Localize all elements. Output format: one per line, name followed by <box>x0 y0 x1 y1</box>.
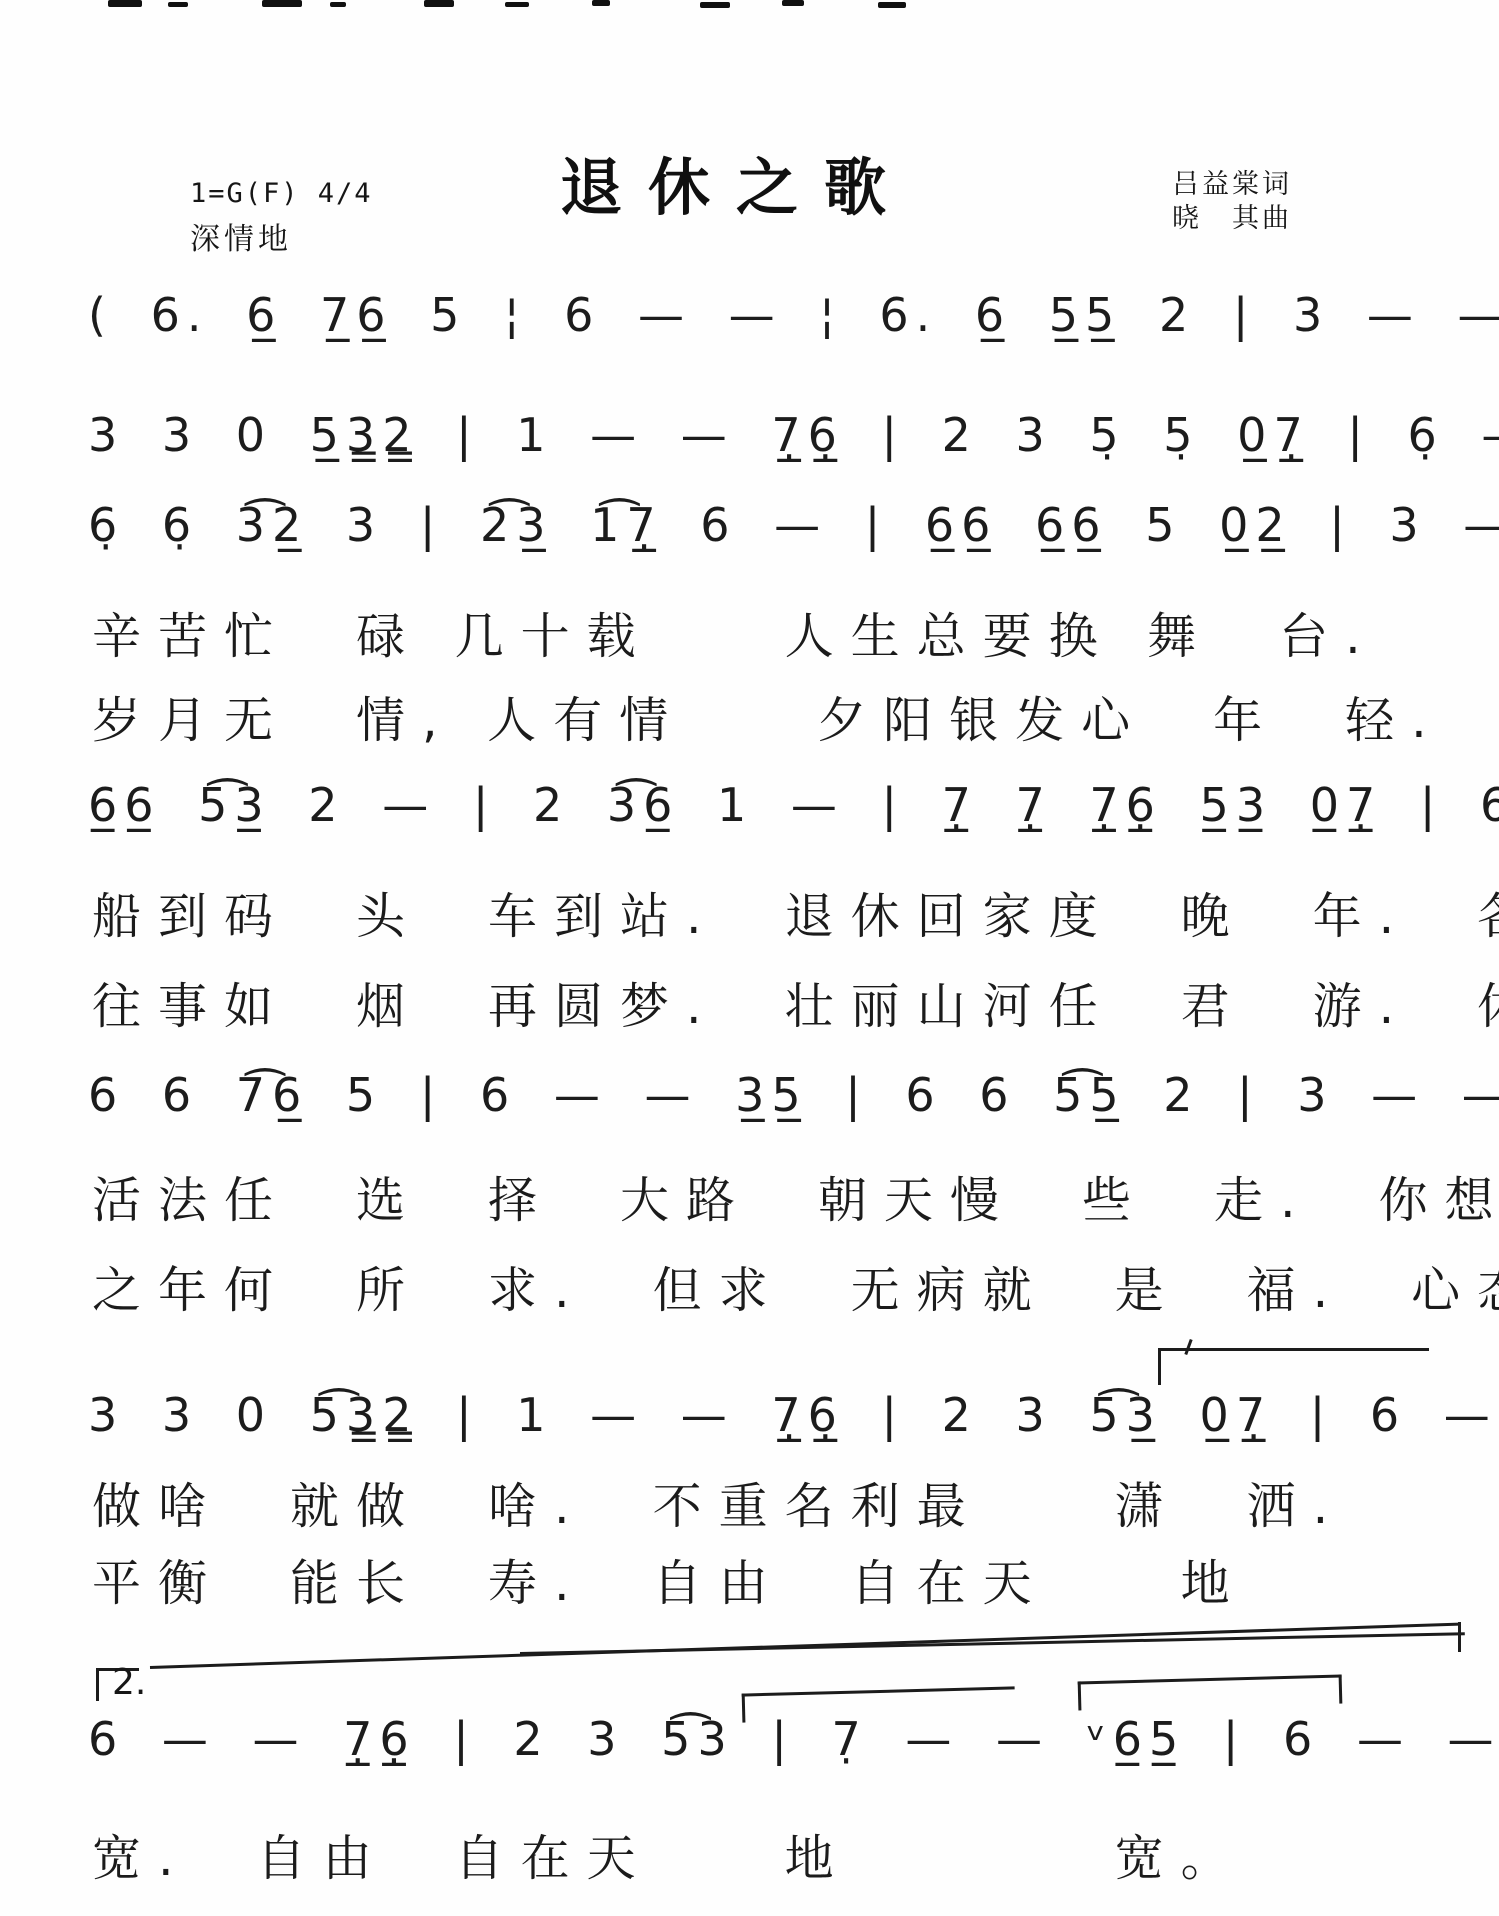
lyrics-line-7: 做啥 就做 啥. 不重名利最 潇 洒. <box>92 1468 1487 1538</box>
scan-artifact <box>108 0 142 7</box>
second-ending-label: 2. <box>112 1662 146 1703</box>
scan-artifact <box>424 0 454 7</box>
tempo-marking: 深情地 <box>190 214 292 258</box>
phrase-bracket-2 <box>1078 1675 1343 1711</box>
composer-credit: 晓 其曲 <box>1172 202 1292 236</box>
music-line-5: 6 6 7͡6̲ 5 | 6 — — 3̲5̲ | 6 6 5͡5̲ 2 | 3… <box>88 1068 1483 1122</box>
sheet-music-page: 1=G(F) 4/4 深情地 退休之歌 吕益棠词 晓 其曲 ( 6. 6̲ 7̲… <box>0 0 1499 1916</box>
lyrics-line-4: 往事如 烟 再圆梦. 壮丽山河任 君 游. 休闲 <box>92 968 1487 1038</box>
music-line-4: 6̲6̲ 5͡3̲ 2 — | 2 3͡6̲ 1 — | 7̲̣ 7̲̣ 7̲̣… <box>88 778 1483 832</box>
song-title: 退休之歌 <box>560 138 960 227</box>
first-ending-bracket <box>1158 1348 1429 1385</box>
lyrics-line-5: 活法任 选 择 大路 朝天慢 些 走. 你想 <box>92 1162 1487 1232</box>
music-line-6: 3 3 0 5͡3̳2̳ | 1 — — 7̲̣6̲̣ | 2 3 5͡3̲ 0… <box>88 1388 1483 1442</box>
music-line-7: 6 — — 7̲̣6̲̣ | 2 3 5͡3 | 7̣ — — ᵛ6̲5̲ | … <box>88 1712 1483 1766</box>
scan-artifact <box>700 2 730 8</box>
scan-artifact <box>505 2 529 7</box>
music-line-3: 6̣ 6̣ 3͡2̲ 3 | 2͡3̲ 1͡7̲̣ 6 — | 6̲6̲ 6̲6… <box>88 498 1483 552</box>
scan-artifact <box>330 2 346 7</box>
scan-artifact <box>878 2 906 8</box>
credits-block: 吕益棠词 晓 其曲 <box>1172 168 1292 236</box>
scan-artifact <box>782 0 804 6</box>
lyrics-line-8: 平衡 能长 寿. 自由 自在天 地 <box>92 1545 1487 1615</box>
second-ending-line-hook <box>1458 1622 1461 1652</box>
lyricist-credit: 吕益棠词 <box>1172 168 1292 202</box>
scan-artifact <box>262 0 302 7</box>
second-ending-line-upper <box>520 1632 1465 1655</box>
lyrics-line-2: 岁月无 情, 人有情 夕阳银发心 年 轻. <box>92 682 1487 752</box>
lyrics-line-1: 辛苦忙 碌 几十载 人生总要换 舞 台. <box>92 598 1487 668</box>
lyrics-line-6: 之年何 所 求. 但求 无病就 是 福. 心态 <box>92 1252 1487 1322</box>
scan-artifact <box>168 2 188 7</box>
key-signature: 1=G(F) 4/4 <box>190 178 373 209</box>
lyrics-line-9: 宽. 自由 自在天 地 宽。 <box>92 1820 1487 1890</box>
bracket-tick <box>1184 1339 1192 1355</box>
music-line-1: ( 6. 6̲ 7̲6̲ 5 ¦ 6 — — ¦ 6. 6̲ 5̲5̲ 2 | … <box>88 288 1483 342</box>
scan-artifact <box>592 0 610 6</box>
lyrics-line-3: 船到码 头 车到站. 退休回家度 晚 年. 各人 <box>92 878 1487 948</box>
music-line-2: 3 3 0 5̲3̳2̳ | 1 — — 7̲̣6̲̣ | 2 3 5̣ 5̣ … <box>88 408 1483 462</box>
